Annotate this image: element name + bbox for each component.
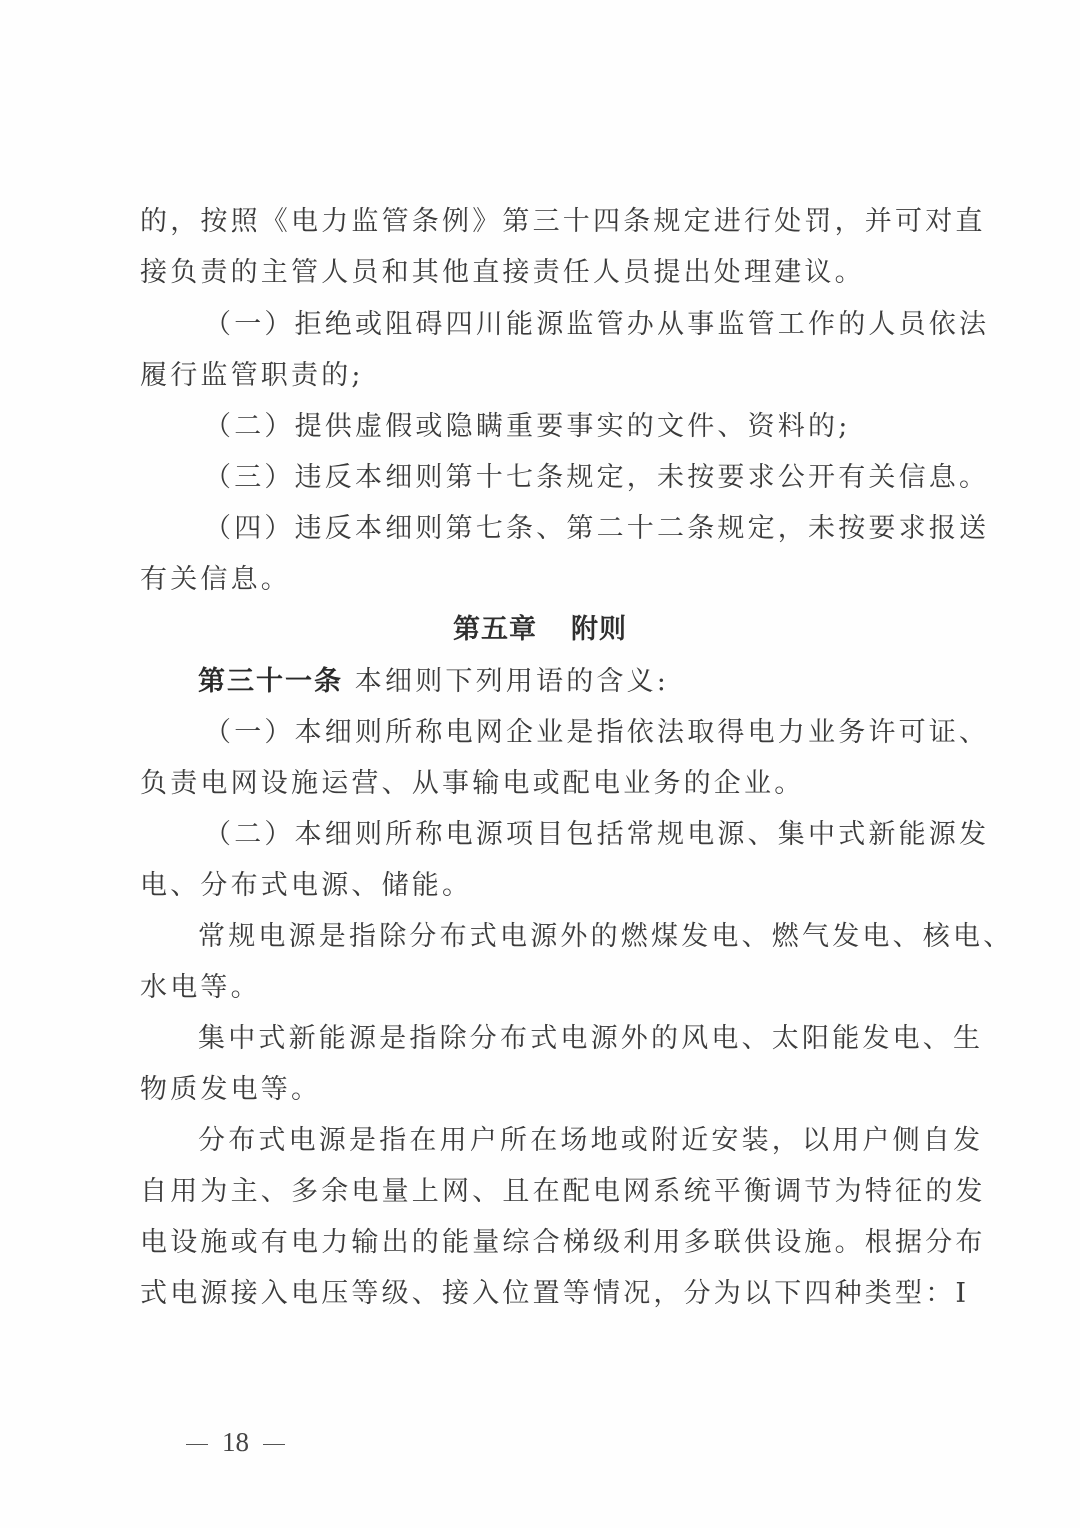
document-page: 的，按照《电力监管条例》第三十四条规定进行处罚，并可对直 接负责的主管人员和其他… — [0, 0, 1080, 1528]
chapter-number: 第五章 — [453, 614, 537, 645]
dash-left — [186, 1444, 208, 1445]
article-intro: 本细则下列用语的含义: — [355, 666, 669, 697]
article-31-heading: 第三十一条 本细则下列用语的含义: — [198, 662, 945, 702]
distributed-power-paragraph-cont: 电设施或有电力输出的能量综合梯级利用多联供设施。根据分布 — [140, 1223, 945, 1263]
article-label: 第三十一条 — [198, 666, 343, 697]
violation-item-1: （一）拒绝或阻碍四川能源监管办从事监管工作的人员依法 — [204, 305, 1009, 345]
definition-item-2-cont: 电、分布式电源、储能。 — [140, 866, 945, 906]
distributed-power-paragraph-cont: 式电源接入电压等级、接入位置等情况，分为以下四种类型：I — [140, 1274, 945, 1314]
distributed-power-paragraph-cont: 自用为主、多余电量上网、且在配电网系统平衡调节为特征的发 — [140, 1172, 945, 1212]
violation-item-4-cont: 有关信息。 — [140, 560, 945, 600]
conventional-power-paragraph-cont: 水电等。 — [140, 968, 945, 1008]
definition-item-1-cont: 负责电网设施运营、从事输电或配电业务的企业。 — [140, 764, 945, 804]
renewable-paragraph-cont: 物质发电等。 — [140, 1070, 945, 1110]
distributed-power-paragraph: 分布式电源是指在用户所在场地或附近安装，以用户侧自发 — [198, 1121, 945, 1161]
definition-item-2: （二）本细则所称电源项目包括常规电源、集中式新能源发 — [204, 815, 1009, 855]
page-number-value: 18 — [222, 1427, 249, 1457]
paragraph-line: 接负责的主管人员和其他直接责任人员提出处理建议。 — [140, 253, 945, 293]
dash-right — [263, 1444, 285, 1445]
chapter-title: 附则 — [571, 614, 627, 645]
violation-item-3: （三）违反本细则第十七条规定，未按要求公开有关信息。 — [204, 458, 1009, 498]
chapter-heading: 第五章附则 — [0, 610, 1080, 650]
violation-item-1-cont: 履行监管职责的; — [140, 356, 945, 396]
renewable-paragraph: 集中式新能源是指除分布式电源外的风电、太阳能发电、生 — [198, 1019, 945, 1059]
definition-item-1: （一）本细则所称电网企业是指依法取得电力业务许可证、 — [204, 713, 1009, 753]
violation-item-4: （四）违反本细则第七条、第二十二条规定，未按要求报送 — [204, 509, 1009, 549]
violation-item-2: （二）提供虚假或隐瞒重要事实的文件、资料的; — [204, 407, 1009, 447]
conventional-power-paragraph: 常规电源是指除分布式电源外的燃煤发电、燃气发电、核电、 — [198, 917, 945, 957]
page-number: 18 — [172, 1424, 299, 1460]
paragraph-line: 的，按照《电力监管条例》第三十四条规定进行处罚，并可对直 — [140, 202, 945, 242]
